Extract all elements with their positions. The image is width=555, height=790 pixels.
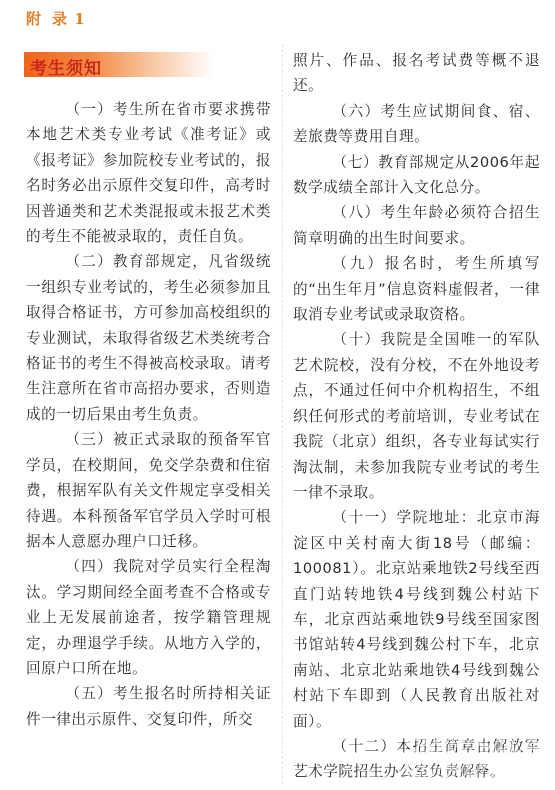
notice-item-6: （六）考生应试期间食、宿、差旅费等费用自理。: [293, 99, 540, 150]
notice-item-7: （七）教育部规定从2006年起数学成绩全部计入文化总分。: [293, 150, 540, 201]
notice-item-3: （三）被正式录取的预备军官学员，在校期间，免交学杂费和住宿费，根据军队有关文件规…: [26, 427, 271, 554]
notice-item-8: （八）考生年龄必须符合招生简章明确的出生时间要求。: [293, 200, 540, 251]
notice-item-10: （十）我院是全国唯一的军队艺术院校，没有分校，不在外地设考点，不通过任何中介机构…: [293, 327, 540, 505]
appendix-label-part1: 附: [26, 10, 42, 28]
notice-item-9: （九）报名时，考生所填写的“出生年月”信息资料虚假者，一律取消专业考试或录取资格…: [293, 251, 540, 327]
appendix-label-part2: 录 1: [52, 10, 86, 28]
notice-item-5-continued: 照片、作品、报名考试费等概不退还。: [293, 48, 540, 99]
notice-item-2: （二）教育部规定，凡省级统一组织专业考试的，考生必须参加且取得合格证书，方可参加…: [26, 249, 271, 427]
right-column: 照片、作品、报名考试费等概不退还。 （六）考生应试期间食、宿、差旅费等费用自理。…: [293, 48, 540, 785]
notice-item-12: （十二）本招生简章由解放军艺术学院招生办公室负责解释。: [293, 734, 540, 785]
appendix-label: 附录 1: [26, 8, 86, 29]
notice-item-11: （十一）学院地址：北京市海淀区中关村南大街18号（邮编：100081）。北京站乘…: [293, 505, 540, 734]
section-title: 考生须知: [30, 54, 102, 79]
section-banner: 考生须知: [24, 52, 214, 77]
column-divider: [282, 44, 283, 784]
notice-item-5: （五）考生报名时所持相关证件一律出示原件、交复印件，所交: [26, 681, 271, 732]
left-column: （一）考生所在省市要求携带本地艺术类专业考试《准考证》或《报考证》参加院校专业考…: [26, 97, 271, 732]
notice-item-4: （四）我院对学员实行全程淘汰。学习期间经全面考查不合格或专业上无发展前途者，按学…: [26, 554, 271, 681]
notice-item-1: （一）考生所在省市要求携带本地艺术类专业考试《准考证》或《报考证》参加院校专业考…: [26, 97, 271, 249]
